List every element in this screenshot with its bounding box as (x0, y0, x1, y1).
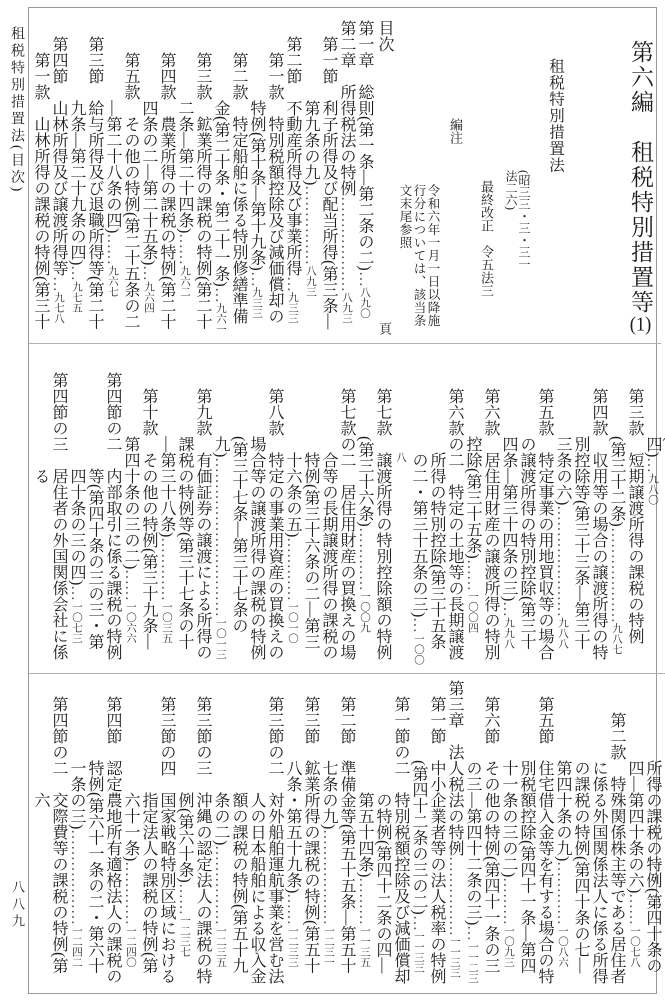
toc-entry: 第九款 有価証券の譲渡による所得の課税の特例等(第三十七条の十―第三十八条)……… (157, 356, 211, 665)
dot-leader: …… (122, 569, 139, 601)
dot-leader: … (284, 276, 301, 292)
toc-entry: 第一節の二 特別税額控除及び減価償却の特例(第四十二条の四―第五十四条)………一… (355, 680, 409, 985)
toc-entry: 第一章 総則(第一条―第二条の二)…八九〇 (355, 20, 373, 335)
toc-entry-page: 一一三三 (449, 936, 460, 978)
edition-title-number: (1) (630, 315, 651, 335)
toc-entry-text: 第二款 特定船舶に係る特別修繕準備金(第二十条・第二十一条) (212, 52, 247, 324)
dot-leader: … (248, 271, 265, 287)
dot-leader: …………… (212, 845, 229, 925)
toc-entry: 第五款 その他の特例(第二十五条の二―第二十八条の四)……九六七 (103, 20, 139, 335)
toc-entry-page: 九九八 (503, 617, 514, 649)
law-name: 租税特別措置法 (544, 20, 566, 335)
toc-band-1: 第六編 租税特別措置等(1) 租税特別措置法 (昭三三・三・三一 法二六) 最終… (29, 8, 661, 344)
toc-entry: 第四節 山林所得及び譲渡所得等…九七八 (49, 20, 67, 335)
dot-leader: ………… (356, 527, 373, 591)
dot-leader: … (140, 265, 157, 281)
dot-leader: ……………… (320, 829, 337, 925)
toc-band-3: 所得等の課税の特例…一〇七八第一款 居住者の外国関係会社に係る所得の課税の特例(… (29, 674, 665, 993)
toc-entry-text: 第一章 総則(第一条―第二条の二) (356, 20, 373, 271)
last-amendment-note: 最終改正 令五法三 (477, 20, 496, 335)
toc-entry-page: 一〇〇四 (467, 591, 478, 633)
toc-entry-page: 一〇九三 (503, 925, 514, 967)
toc-entry: 第一款 特別税額控除及び減価償却の特例(第十条―第十九条)…九三三 (247, 20, 283, 335)
toc-entry: 第五款 特定事業の用地買収等の場合の譲渡所得の特別控除(第三十四条―第三十四条の… (499, 356, 553, 665)
dot-leader: ………… (122, 861, 139, 925)
dot-leader: ……………… (338, 196, 355, 292)
toc-entry: 第六節 その他の特例(第四十一条の三の三―第四十二条の三)…一一二三 (463, 680, 499, 985)
dot-leader: … (410, 617, 427, 633)
toc-entry-page: 一〇三五 (161, 601, 172, 643)
toc-entry-text: 第二節 不動産所得及び事業所得 (284, 36, 301, 276)
dot-leader: ……………… (608, 527, 625, 623)
toc-entry-page: 一〇八六 (557, 925, 568, 967)
toc-entry: 第三章 法人税法の特例……………一一三三 (445, 680, 463, 985)
dot-leader: …… (284, 893, 301, 925)
toc-entry-page: 九八八 (557, 617, 568, 649)
toc-entry: 第三款 短期譲渡所得の課税の特例(第三十二条)………………九八七 (607, 356, 643, 665)
toc-entry: 第二節 準備金等(第五十五条―第五十七条の九)………………一二三一 (319, 680, 355, 985)
toc-band-2: 条・第三十条の二)………九七八第二款 長期譲渡所得の課税の特例(第三十一条―第三… (29, 344, 665, 674)
dot-leader: ……… (356, 877, 373, 925)
toc-entry: 第四節 認定農地所有適格法人の課税の特例(第六十一条の二・第六十一条の三)………… (67, 680, 121, 985)
dot-leader: ……… (500, 877, 517, 925)
law-date: (昭三三・三・三一 (517, 170, 530, 335)
law-number: 法二六) (504, 170, 517, 335)
toc-entry-page: 一二三七 (179, 915, 190, 957)
dot-leader: … (68, 585, 85, 601)
dot-leader: ………… (284, 537, 301, 601)
dot-leader: … (410, 915, 427, 931)
dot-leader: … (68, 265, 85, 281)
dot-leader: … (464, 925, 481, 941)
toc-entry-text: 第四節の二 交際費等の課税の特例(第六 (32, 696, 67, 973)
editorial-note-text: 令和六年一月一日以降施行分については、該当条文末尾参照 (398, 184, 440, 330)
dot-leader: ………… (554, 861, 571, 925)
margin-running-title: 租税特別措置法(目次) (6, 26, 26, 194)
folio-page-number: 八八九 (8, 880, 27, 931)
dot-leader: …… (626, 893, 643, 925)
toc-entry-page: 九八七 (611, 623, 622, 655)
dot-leader: ………… (158, 537, 175, 601)
toc-entry-page: 一二三五 (215, 925, 226, 967)
toc-entry-page: 九三三 (251, 287, 262, 319)
editorial-note-label: 編注 (446, 20, 465, 335)
dot-leader: … (356, 271, 373, 287)
toc-entry: 第五節 住宅借入金等を有する場合の特別税額控除(第四十一条―第四十一条の三の二)… (499, 680, 553, 985)
toc-entry-text: 第三章 法人税法の特例 (446, 680, 463, 856)
dot-leader: …… (176, 233, 193, 265)
toc-entry-page: 一〇七三 (71, 601, 82, 643)
toc-entry: 第八款 特定の事業用資産の買換えの場合等の譲渡所得の課税の特例(第三十七条―第三… (211, 356, 283, 665)
toc-entry-text: 第二款 長期譲渡所得の課税の特例(第三十一条―第三十一条の四) (644, 388, 665, 644)
toc-entry: 第三節の二 対外船舶運航事業を営む法人の日本船舶による収入金額の課税の特例(第五… (211, 680, 283, 985)
toc-entry: 第二款 長期譲渡所得の課税の特例(第三十一条―第三十一条の四)…九八〇 (643, 356, 665, 665)
toc-entry-page: 九七五 (71, 281, 82, 313)
toc-entry-text: 第二章 所得税法の特例 (338, 20, 355, 196)
toc-heading-column: 目次 頁 (375, 20, 394, 335)
toc-entry: 第四款 収用等の場合の譲渡所得の特別控除等(第三十三条―第三十三条の六)…………… (553, 356, 607, 665)
toc-entry-page: 九六四 (143, 281, 154, 313)
toc-entry-page: 九六一 (215, 303, 226, 335)
toc-entry: 第二節 不動産所得及び事業所得…九三三 (283, 20, 301, 335)
toc-entry-page: 一二三三 (287, 925, 298, 967)
toc-entry: 第四節の二 内部取引に係る課税の特例等(第四十条の三の三・第四十条の三の四)…一… (67, 356, 121, 665)
toc-entry: 第六款の二 特定の土地等の長期譲渡所得の特別控除(第三十五条の二・第三十五条の三… (391, 356, 463, 665)
toc-entry-page: 一〇一〇 (287, 601, 298, 643)
toc-entry-page: 一二三一 (323, 925, 334, 967)
toc-entry-page: 一二四二 (71, 925, 82, 967)
toc-entry-page: 九七八 (53, 292, 64, 324)
toc-entry-page: 一〇六六 (125, 601, 136, 643)
toc-entry-page: 八九三 (305, 265, 316, 297)
toc-entry-page: 一〇一三 (215, 617, 226, 659)
toc-entry: 第七款の二 居住用財産の買換えの場合等の長期譲渡所得の課税の特例(第三十六条の二… (283, 356, 355, 665)
dot-leader: … (500, 601, 517, 617)
toc-entry: 第一節 中小企業者等の法人税率の特例(第四十二条の三の二)…一一三三 (409, 680, 445, 985)
toc-entry-page: 八九〇 (359, 287, 370, 319)
dot-leader: … (644, 457, 661, 473)
toc-entry-page: 八九三 (341, 292, 352, 324)
toc-entry-page: 九三三 (287, 292, 298, 324)
page-column-heading: 頁 (375, 322, 394, 335)
toc-entry: 第四節の二 交際費等の課税の特例(第六 (31, 680, 67, 985)
toc-entry: 第二款 特殊関係株主等である居住者に係る外国関係法人に係る所得の課税の特例(第四… (553, 680, 625, 985)
toc-entry-page: 一一二三 (467, 941, 478, 983)
toc-entry: 第七款 譲渡所得の特別控除額の特例(第三十六条)…………一〇〇九 (355, 356, 391, 665)
toc-entry: 第十款 その他の特例(第三十九条―第四十条の三の二)……一〇六六 (121, 356, 157, 665)
toc-entry-page: 一〇七八 (629, 925, 640, 967)
toc-entry-page: 九六七 (107, 265, 118, 297)
toc-heading: 目次 (375, 20, 394, 52)
toc-entry-page: 九六二 (179, 265, 190, 297)
edition-title-text: 第六編 租税特別措置等 (628, 40, 653, 315)
dot-leader: …… (464, 559, 481, 591)
toc-entry-page: 九八〇 (647, 473, 658, 505)
content-frame: 第六編 租税特別措置等(1) 租税特別措置法 (昭三三・三・三一 法二六) 最終… (28, 7, 657, 994)
toc-entry: 第三款 鉱業所得の課税の特例(第二十二条―第二十四条)……九六二 (175, 20, 211, 335)
toc-entry: 第三節 給与所得及び退職所得等(第二十九条―第二十九条の四)…九七五 (67, 20, 103, 335)
toc-entry: 第六款 居住用財産の譲渡所得の特別控除(第三十五条)……一〇〇四 (463, 356, 499, 665)
toc-entry: 第四款 農業所得の課税の特例(第二十四条の二―第二十五条)…九六四 (139, 20, 175, 335)
dot-leader: … (50, 276, 67, 292)
toc-entry: 第三節 鉱業所得の課税の特例(第五十八条・第五十九条)……一二三三 (283, 680, 319, 985)
toc-entry: 第一節 利子所得及び配当所得(第三条―第九条の九)……………八九三 (301, 20, 337, 335)
dot-leader: …… (104, 233, 121, 265)
toc-entry: 第一款 山林所得の課税の特例(第三十 (31, 20, 49, 335)
toc-entry-page: 一二四〇 (125, 925, 136, 967)
dot-leader: ………………… (554, 505, 571, 617)
toc-entry-text: 第四節 山林所得及び譲渡所得等 (50, 36, 67, 276)
toc-entry: 第一款 居住者の外国関係会社に係る所得の課税の特例(第四十条の四―第四十条の六)… (625, 680, 665, 985)
toc-entry-text: 第一款 山林所得の課税の特例(第三十 (32, 52, 49, 329)
toc-entry: 第三節の三 沖縄の認定法人の課税の特例(第六十条)……一二三七 (175, 680, 211, 985)
toc-entry-page: 一一三五 (359, 925, 370, 967)
toc-entry: 第二章 所得税法の特例………………八九三 (337, 20, 355, 335)
edition-title: 第六編 租税特別措置等(1) (624, 20, 657, 335)
toc-entry: 第四節の三 居住者の外国関係会社に係る (31, 356, 67, 665)
dot-leader: …………… (446, 856, 463, 936)
dot-leader: ……………… (68, 829, 85, 925)
dot-leader: …………… (302, 185, 319, 265)
law-promulgation-note: (昭三三・三・三一 法二六) (504, 20, 530, 335)
toc-entry-page: 一〇〇九 (359, 591, 370, 633)
toc-entry-text: 第四節の三 居住者の外国関係会社に係る (32, 372, 67, 660)
toc-entry: 第三節の四 国家戦略特別区域における指定法人の課税の特例(第六十一条)…………一… (121, 680, 175, 985)
dot-leader: ………………………… (212, 457, 229, 617)
dot-leader: …… (176, 883, 193, 915)
toc-entry-page: 一一三三 (413, 931, 424, 973)
toc-entry: 第二款 特定船舶に係る特別修繕準備金(第二十条・第二十一条)…九六一 (211, 20, 247, 335)
dot-leader: … (212, 287, 229, 303)
book-page: { "page": { "margin_label": "租税特別措置法(目次)… (0, 0, 665, 1000)
